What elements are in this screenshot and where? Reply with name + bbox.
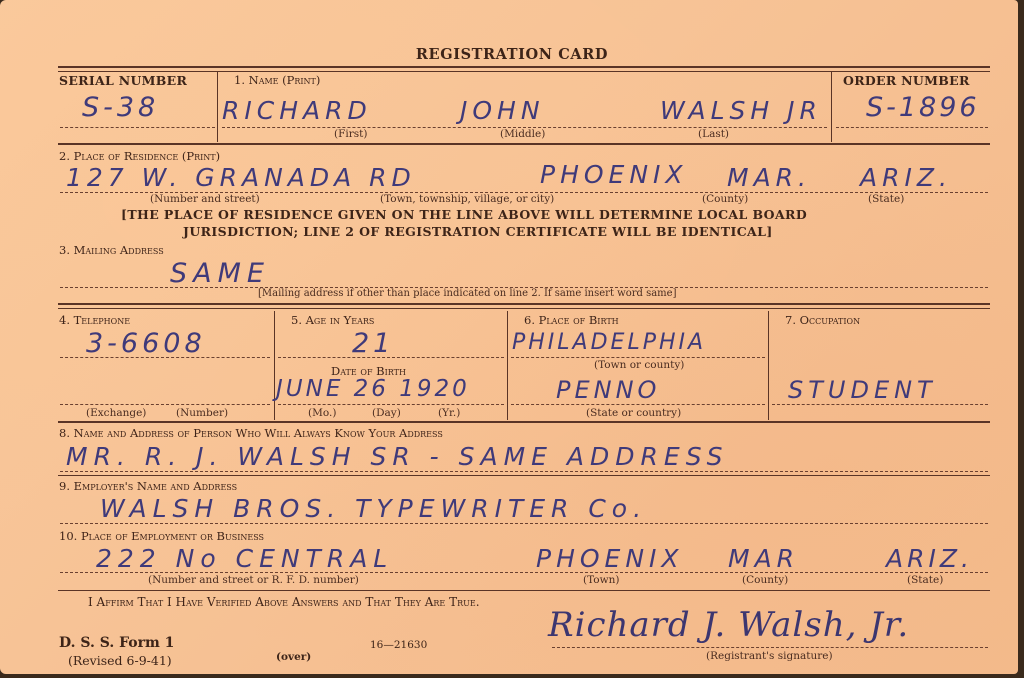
residence-label: 2. Place of Residence (Print): [59, 149, 220, 163]
employment-town: PHOENIX: [536, 544, 684, 573]
rule: [58, 421, 990, 423]
employment-street: 222 No CENTRAL: [96, 544, 393, 573]
residence-town: PHOENIX: [540, 160, 688, 189]
telephone-exchange-caption: (Exchange): [86, 407, 146, 419]
age-label: 5. Age in Years: [291, 313, 374, 327]
residence-street-caption: (Number and street): [150, 193, 260, 205]
employment-label: 10. Place of Employment or Business: [59, 529, 264, 543]
birthplace-town-line: [511, 357, 765, 358]
employment-county: MAR: [728, 544, 799, 573]
divider: [217, 72, 218, 142]
name-last-caption: (Last): [698, 128, 729, 140]
form-number: D. S. S. Form 1: [59, 635, 174, 651]
form-revised: (Revised 6-9-41): [68, 653, 172, 668]
employment-county-caption: (County): [742, 574, 788, 586]
birthplace-town-caption: (Town or county): [594, 359, 684, 371]
telephone-value: 3-6608: [86, 328, 206, 359]
employment-street-caption: (Number and street or R. F. D. number): [148, 574, 359, 586]
occupation-line: [772, 404, 988, 405]
residence-county: MAR.: [727, 163, 811, 192]
age-line: [278, 357, 504, 358]
occupation-value: STUDENT: [788, 376, 937, 404]
residence-street: 127 W. GRANADA RD: [66, 163, 416, 192]
residence-county-caption: (County): [702, 193, 748, 205]
name-label: 1. Name (Print): [234, 73, 320, 87]
rule: [58, 143, 990, 145]
rule: [58, 475, 990, 476]
residence-notice-line1: [THE PLACE OF RESIDENCE GIVEN ON THE LIN…: [121, 207, 807, 222]
residence-notice-line2: JURISDICTION; LINE 2 OF REGISTRATION CER…: [183, 224, 773, 239]
rule: [58, 590, 990, 591]
birthplace-town: PHILADELPHIA: [512, 330, 706, 355]
order-number-label: ORDER NUMBER: [843, 73, 970, 88]
mailing-value: SAME: [170, 258, 270, 289]
divider: [831, 72, 832, 142]
affirmation-text: I Affirm That I Have Verified Above Answ…: [88, 595, 480, 609]
name-first: RICHARD: [222, 96, 372, 125]
order-line: [836, 127, 988, 128]
mailing-label: 3. Mailing Address: [59, 243, 164, 257]
birthplace-state-caption: (State or country): [586, 407, 681, 419]
employment-state-caption: (State): [907, 574, 943, 586]
print-code: 16—21630: [370, 639, 427, 651]
employer-line: [60, 523, 988, 524]
residence-state-caption: (State): [868, 193, 904, 205]
birthplace-state-line: [511, 404, 765, 405]
serial-number-label: SERIAL NUMBER: [59, 73, 187, 88]
telephone-line: [60, 357, 270, 358]
contact-label: 8. Name and Address of Person Who Will A…: [59, 426, 443, 440]
name-middle-caption: (Middle): [500, 128, 545, 140]
dob-line: [278, 404, 504, 405]
dob-value: JUNE 26 1920: [276, 376, 470, 402]
mailing-note: [Mailing address if other than place ind…: [258, 288, 676, 299]
residence-town-caption: (Town, township, village, or city): [380, 193, 554, 205]
divider: [768, 311, 769, 420]
signature-line: [552, 647, 988, 648]
contact-value: MR. R. J. WALSH SR - SAME ADDRESS: [66, 442, 729, 471]
employment-state: ARIZ.: [886, 544, 973, 573]
registration-card: REGISTRATION CARD SERIAL NUMBER S-38 1. …: [0, 0, 1018, 674]
residence-state: ARIZ.: [860, 163, 952, 192]
birthplace-label: 6. Place of Birth: [524, 313, 619, 327]
employer-label: 9. Employer's Name and Address: [59, 479, 237, 493]
signature-caption: (Registrant's signature): [706, 650, 833, 662]
registrant-signature: Richard J. Walsh, Jr.: [548, 605, 909, 645]
dob-month-caption: (Mo.): [308, 407, 336, 419]
telephone-line-2: [60, 404, 270, 405]
rule: [58, 303, 990, 309]
telephone-label: 4. Telephone: [59, 313, 130, 327]
employer-value: WALSH BROS. TYPEWRITER Co.: [100, 494, 647, 523]
dob-year-caption: (Yr.): [438, 407, 460, 419]
name-middle: JOHN: [460, 96, 545, 125]
serial-line: [60, 127, 215, 128]
name-first-caption: (First): [334, 128, 367, 140]
dob-day-caption: (Day): [372, 407, 401, 419]
order-number-value: S-1896: [866, 92, 980, 123]
divider: [274, 311, 275, 420]
contact-line: [60, 471, 988, 472]
age-value: 21: [352, 328, 394, 359]
employment-line: [60, 572, 988, 573]
top-rule: [58, 66, 990, 72]
birthplace-state: PENNO: [556, 376, 660, 404]
telephone-number-caption: (Number): [176, 407, 228, 419]
occupation-label: 7. Occupation: [785, 313, 860, 327]
over-note: (over): [276, 651, 311, 663]
card-title: REGISTRATION CARD: [0, 46, 1024, 63]
name-last: WALSH JR: [660, 96, 822, 125]
divider: [507, 311, 508, 420]
serial-number-value: S-38: [82, 92, 159, 123]
employment-town-caption: (Town): [583, 574, 619, 586]
